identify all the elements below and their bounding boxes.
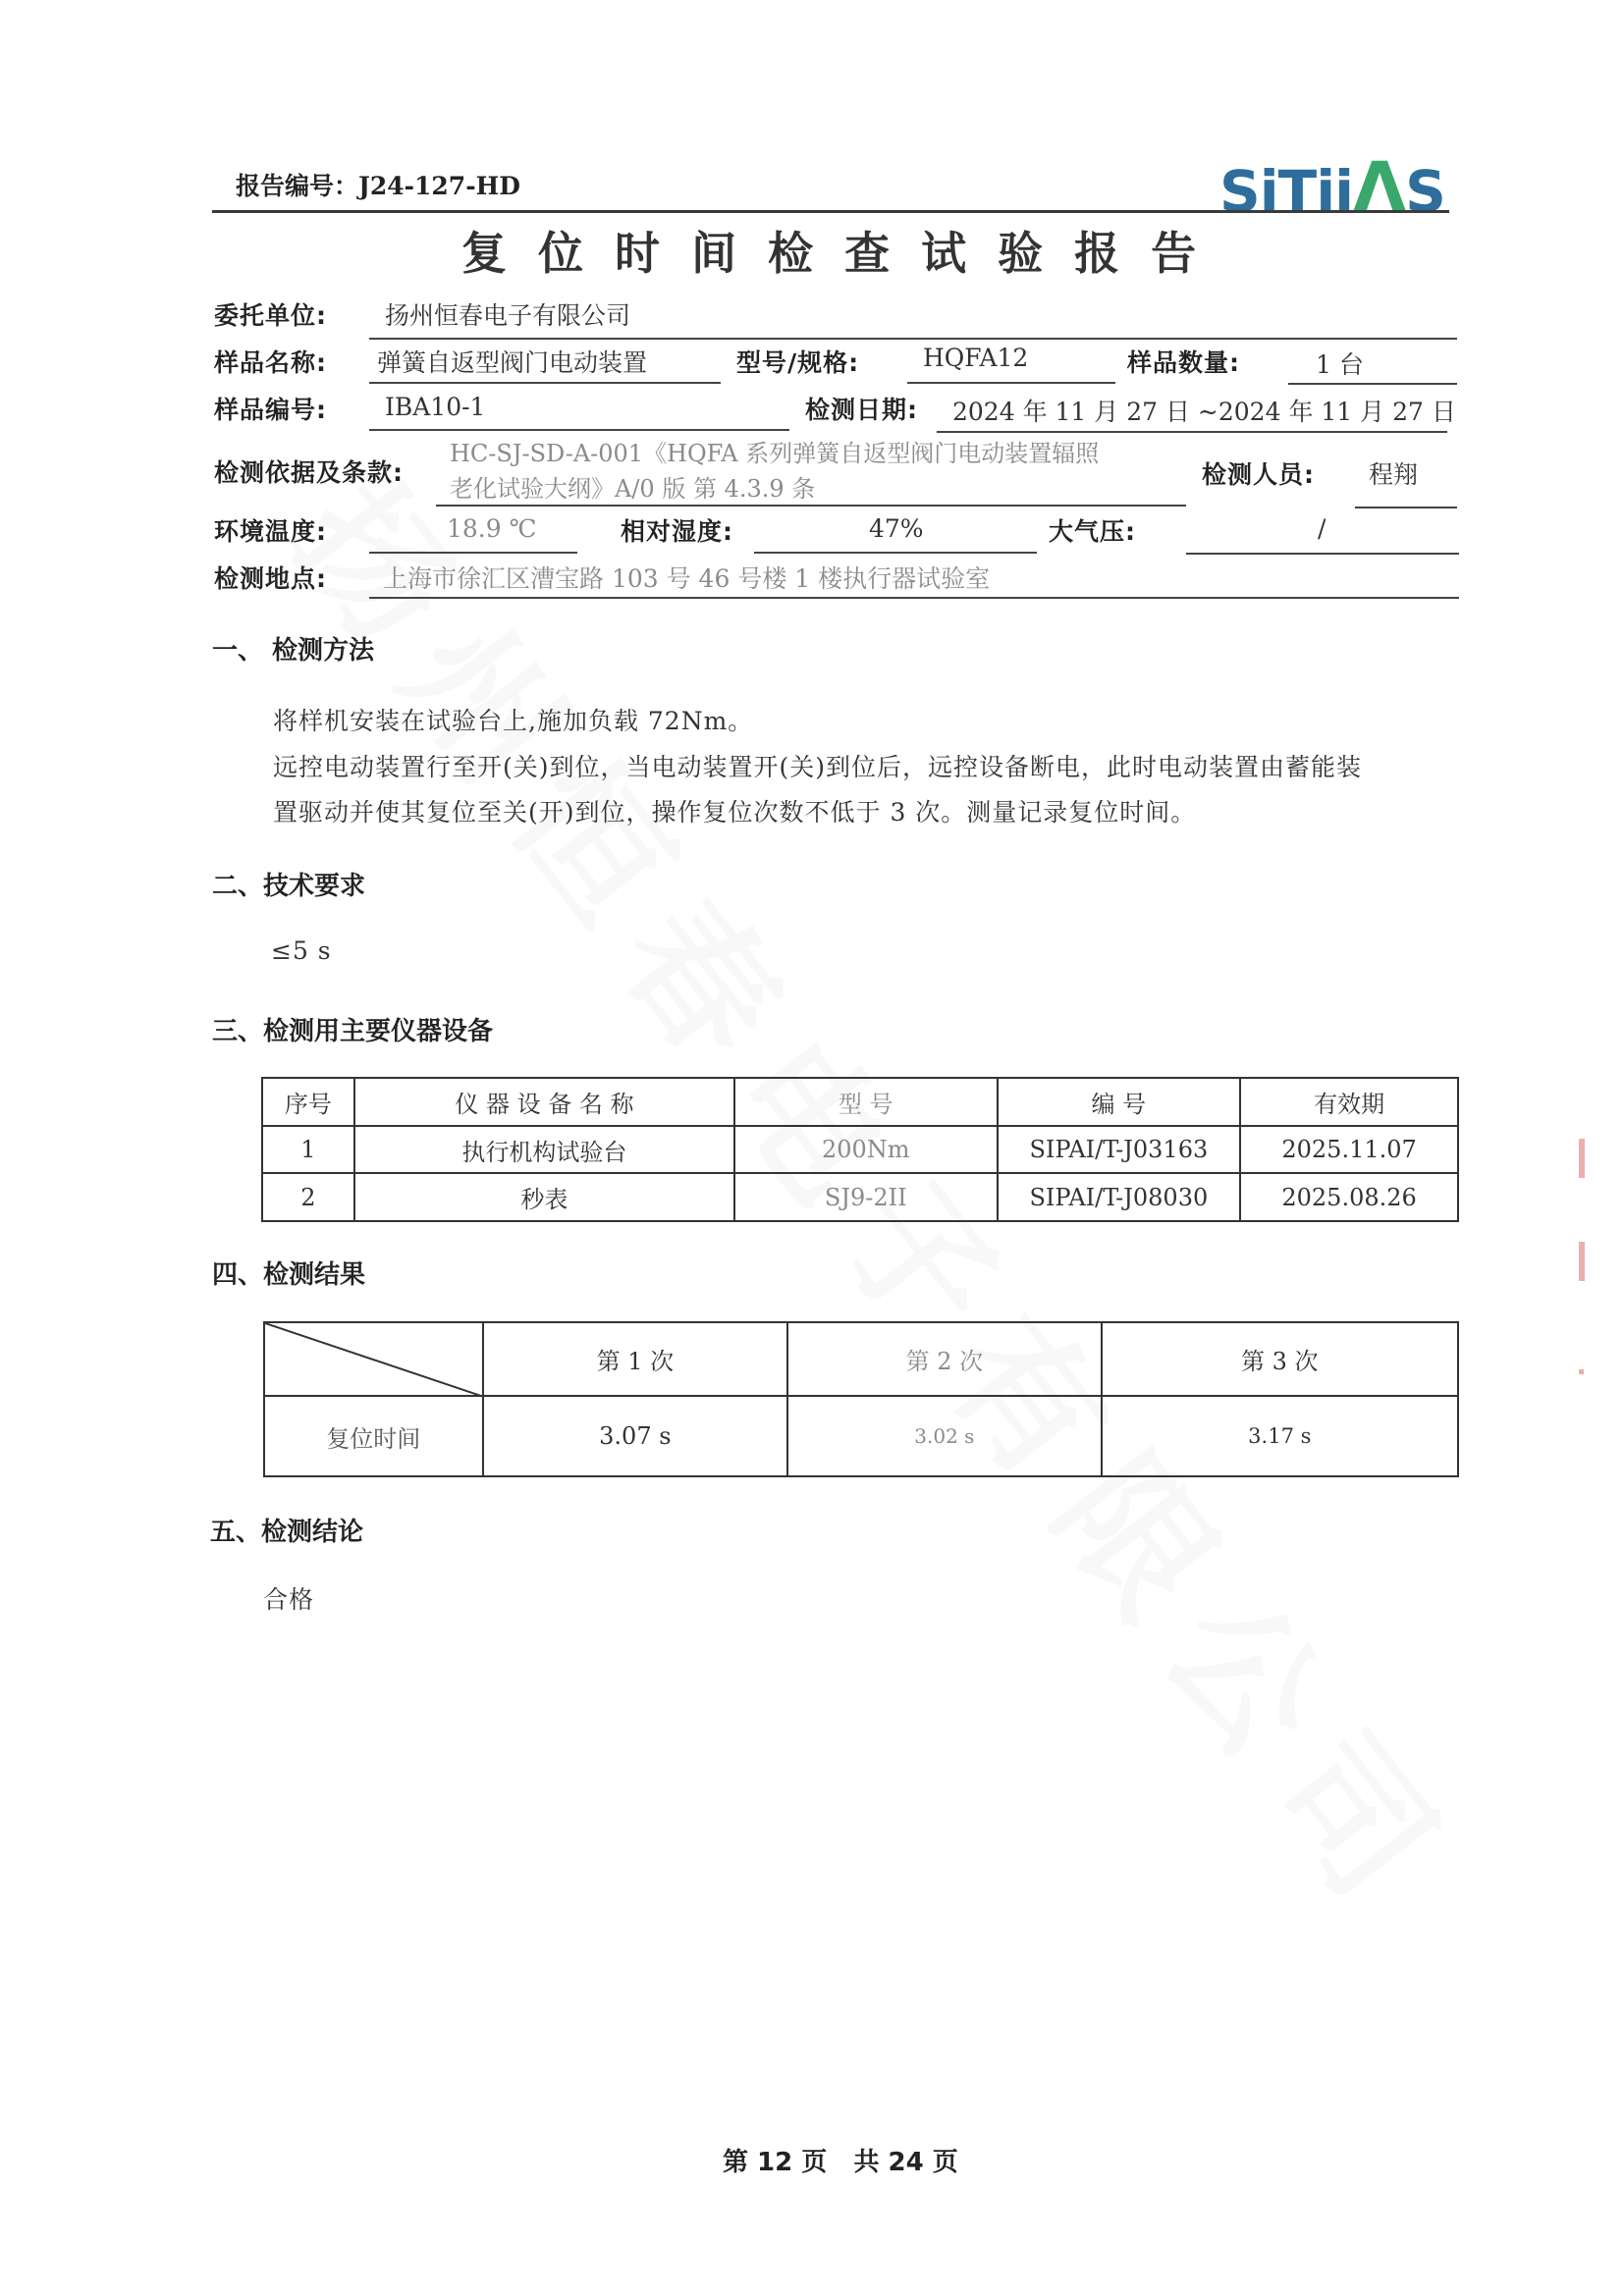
equipment-header-cell: 型 号 — [734, 1078, 998, 1126]
seal-fragment — [1579, 1369, 1584, 1374]
equipment-header-cell: 仪 器 设 备 名 称 — [354, 1078, 734, 1126]
equipment-cell: 2 — [262, 1173, 354, 1221]
report-number: 报告编号：J24-127-HD — [236, 167, 520, 202]
location-underline — [369, 597, 1459, 599]
section-requirement-heading: 二、技术要求 — [212, 866, 365, 902]
equipment-cell: SJ9-2II — [734, 1173, 998, 1221]
equipment-cell: 秒表 — [354, 1173, 734, 1221]
section-results-heading: 四、检测结果 — [212, 1255, 365, 1291]
basis-label: 检测依据及条款: — [214, 454, 404, 489]
test-date-value: 2024 年 11 月 27 日 ~2024 年 11 月 27 日 — [952, 393, 1456, 428]
pressure-underline — [1186, 553, 1459, 555]
model-label: 型号/规格: — [736, 344, 859, 379]
header-rule — [212, 210, 1449, 213]
results-table: 第 1 次 第 2 次 第 3 次 复位时间 3.07 s 3.02 s 3.1… — [263, 1321, 1459, 1477]
equipment-header-cell: 序号 — [262, 1078, 354, 1126]
requirement-value: ≤5 s — [271, 936, 332, 965]
sitiias-logo: SiTiiΛS — [1219, 147, 1445, 228]
equipment-cell: 执行机构试验台 — [354, 1126, 734, 1173]
sample-no-label: 样品编号: — [214, 391, 327, 426]
location-value: 上海市徐汇区漕宝路 103 号 46 号楼 1 楼执行器试验室 — [383, 560, 990, 595]
location-label: 检测地点: — [214, 560, 327, 595]
basis-underline — [436, 505, 1186, 507]
results-row-label: 复位时间 — [264, 1396, 483, 1476]
table-row: 2 秒表 SJ9-2II SIPAI/T-J08030 2025.08.26 — [262, 1173, 1458, 1221]
test-date-label: 检测日期: — [805, 391, 918, 426]
logo-text-blue: SiTii — [1219, 158, 1353, 225]
model-underline — [907, 382, 1115, 384]
equipment-cell: 200Nm — [734, 1126, 998, 1173]
sample-no-value: IBA10-1 — [385, 393, 485, 421]
equipment-cell: SIPAI/T-J03163 — [998, 1126, 1241, 1173]
method-line-2: 远控电动装置行至开(关)到位，当电动装置开(关)到位后，远控设备断电，此时电动装… — [273, 748, 1362, 783]
diagonal-header-cell — [264, 1322, 483, 1396]
logo-a-green: Λ — [1353, 147, 1405, 228]
seal-fragment — [1579, 1139, 1585, 1178]
results-header-cell: 第 1 次 — [483, 1322, 788, 1396]
basis-line-1: HC-SJ-SD-A-001《HQFA 系列弹簧自返型阀门电动装置辐照 — [450, 434, 1099, 468]
logo-text-s: S — [1405, 158, 1445, 225]
section-equipment-heading: 三、检测用主要仪器设备 — [212, 1011, 493, 1047]
report-number-label: 报告编号： — [236, 172, 358, 200]
temperature-label: 环境温度: — [214, 512, 327, 548]
equipment-header-cell: 有效期 — [1240, 1078, 1458, 1126]
pressure-label: 大气压: — [1049, 512, 1136, 548]
humidity-value: 47% — [869, 514, 924, 543]
results-header-cell: 第 3 次 — [1102, 1322, 1458, 1396]
conclusion-value: 合格 — [263, 1580, 314, 1616]
tester-value: 程翔 — [1369, 455, 1418, 491]
quantity-underline — [1288, 383, 1457, 385]
sample-name-label: 样品名称: — [214, 344, 327, 379]
report-number-value: J24-127-HD — [358, 172, 520, 200]
quantity-value: 1 台 — [1316, 346, 1364, 381]
equipment-cell: SIPAI/T-J08030 — [998, 1173, 1241, 1221]
sample-name-value: 弹簧自返型阀门电动装置 — [377, 344, 647, 379]
page-title: 复 位 时 间 检 查 试 验 报 告 — [461, 218, 1204, 283]
temperature-underline — [369, 552, 577, 554]
tester-underline — [1355, 507, 1457, 508]
table-row: 复位时间 3.07 s 3.02 s 3.17 s — [264, 1396, 1458, 1476]
results-value: 3.17 s — [1102, 1396, 1458, 1476]
pressure-value: / — [1318, 514, 1326, 543]
client-underline — [369, 338, 1457, 340]
method-line-3: 置驱动并使其复位至关(开)到位，操作复位次数不低于 3 次。测量记录复位时间。 — [273, 793, 1196, 828]
equipment-header-row: 序号 仪 器 设 备 名 称 型 号 编 号 有效期 — [262, 1078, 1458, 1126]
equipment-header-cell: 编 号 — [998, 1078, 1241, 1126]
tester-label: 检测人员: — [1202, 455, 1315, 491]
humidity-underline — [754, 552, 1037, 554]
section-conclusion-heading: 五、检测结论 — [210, 1512, 363, 1548]
equipment-cell: 1 — [262, 1126, 354, 1173]
equipment-cell: 2025.08.26 — [1240, 1173, 1458, 1221]
results-value: 3.02 s — [787, 1396, 1101, 1476]
test-date-underline — [937, 431, 1447, 433]
section-method-heading: 一、 检测方法 — [212, 630, 374, 667]
sample-name-underline — [369, 382, 721, 384]
model-value: HQFA12 — [923, 344, 1028, 372]
humidity-label: 相对湿度: — [621, 512, 733, 548]
client-label: 委托单位: — [214, 296, 327, 332]
client-value: 扬州恒春电子有限公司 — [385, 296, 630, 332]
table-row: 1 执行机构试验台 200Nm SIPAI/T-J03163 2025.11.0… — [262, 1126, 1458, 1173]
equipment-cell: 2025.11.07 — [1240, 1126, 1458, 1173]
results-value: 3.07 s — [483, 1396, 788, 1476]
basis-line-2: 老化试验大纲》A/0 版 第 4.3.9 条 — [450, 469, 815, 504]
seal-fragment — [1579, 1242, 1585, 1281]
temperature-value: 18.9 ℃ — [447, 514, 537, 543]
diagonal-line-icon — [265, 1323, 484, 1397]
method-line-1: 将样机安装在试验台上,施加负载 72Nm。 — [273, 702, 753, 737]
sample-no-underline — [369, 429, 789, 431]
results-header-row: 第 1 次 第 2 次 第 3 次 — [264, 1322, 1458, 1396]
page-number: 第 12 页 共 24 页 — [723, 2142, 958, 2178]
quantity-label: 样品数量: — [1127, 344, 1240, 379]
results-header-cell: 第 2 次 — [787, 1322, 1101, 1396]
equipment-table: 序号 仪 器 设 备 名 称 型 号 编 号 有效期 1 执行机构试验台 200… — [261, 1077, 1459, 1222]
